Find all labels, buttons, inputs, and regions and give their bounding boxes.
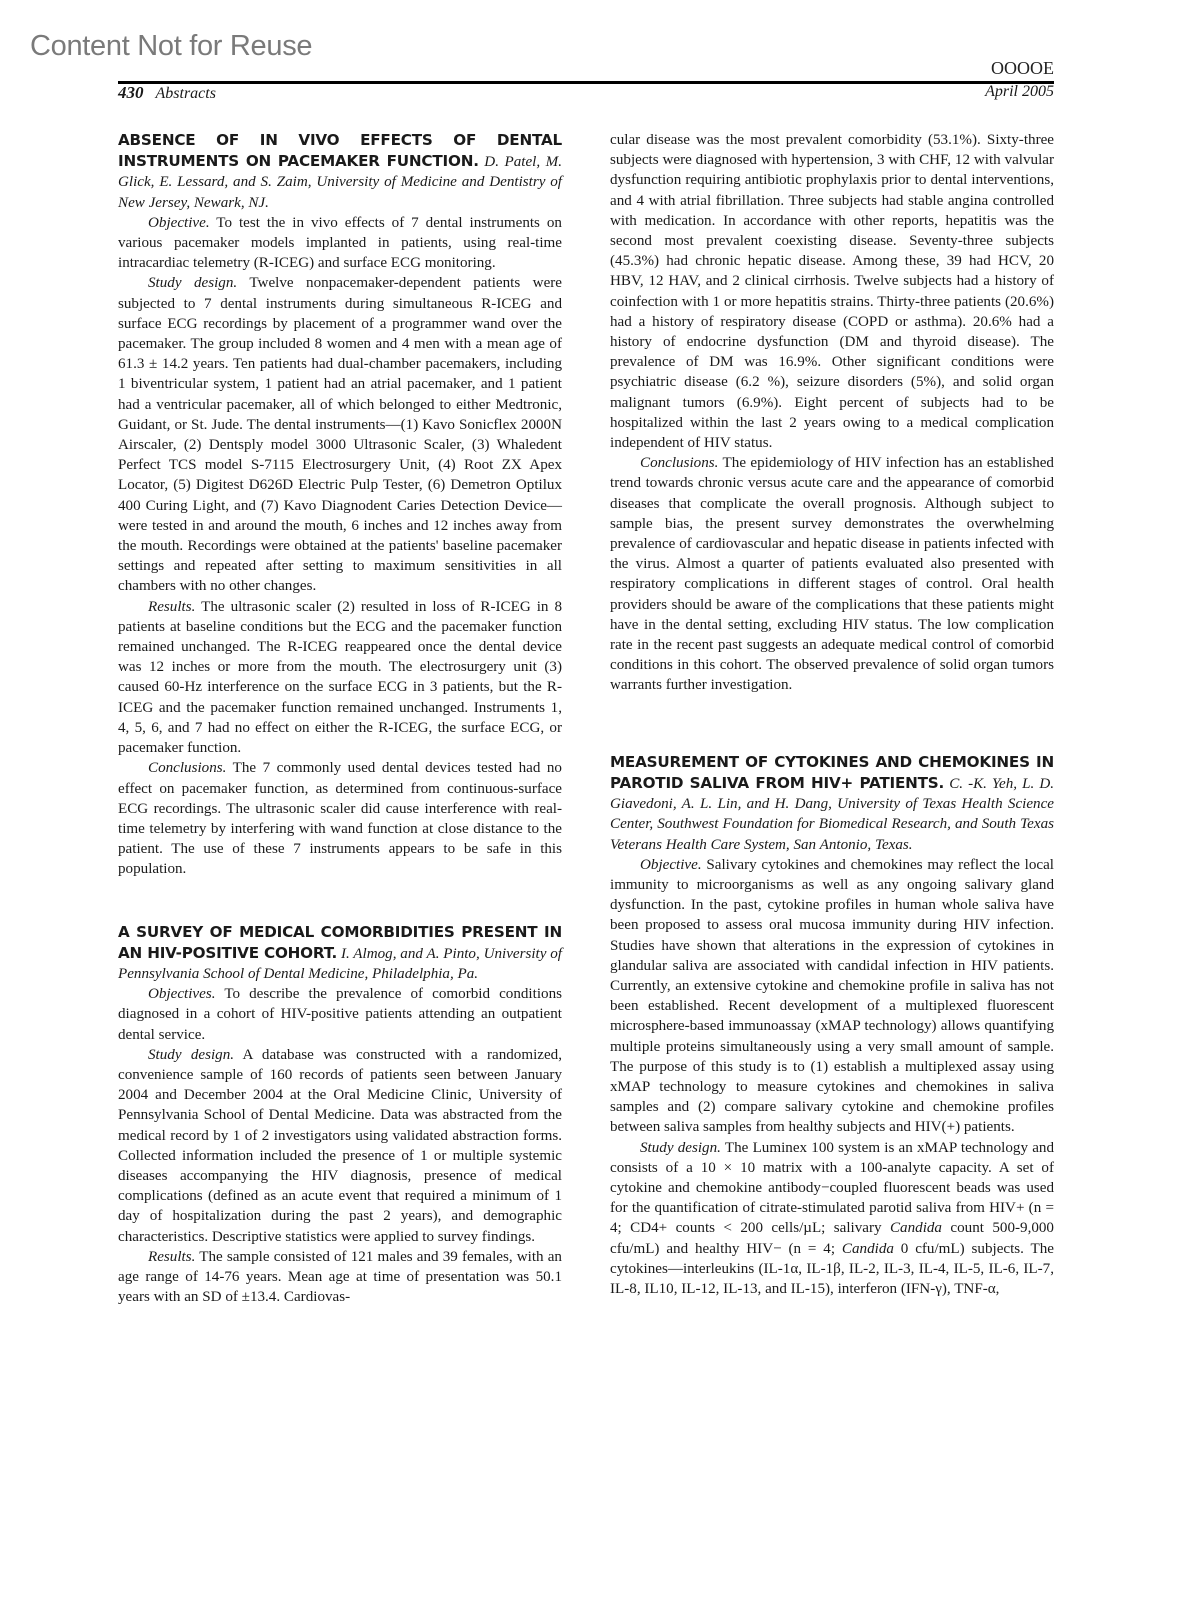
abstract-section: Results. The ultrasonic scaler (2) resul…	[118, 597, 562, 759]
left-column: ABSENCE OF IN VIVO EFFECTS OF DENTAL INS…	[118, 130, 562, 1307]
abstract-section: Results. The sample consisted of 121 mal…	[118, 1247, 562, 1308]
abstract-cytokines: MEASUREMENT OF CYTOKINES AND CHEMOKINES …	[610, 752, 1054, 1299]
abstract-section: Conclusions. The 7 commonly used dental …	[118, 758, 562, 879]
abstract-hiv-comorbidities: A SURVEY OF MEDICAL COMORBIDITIES PRESEN…	[118, 922, 562, 1308]
issue-date: April 2005	[985, 83, 1054, 103]
abstract-section: Study design. A database was constructed…	[118, 1045, 562, 1247]
running-head-left: 430Abstracts	[118, 83, 216, 103]
abstract-section: Objectives. To describe the prevalence o…	[118, 984, 562, 1045]
right-column: cular disease was the most prevalent com…	[610, 130, 1054, 1299]
abstract-section: Conclusions. The epidemiology of HIV inf…	[610, 453, 1054, 695]
abstract-section: Objective. Salivary cytokines and chemok…	[610, 855, 1054, 1138]
abstract-section-continued: cular disease was the most prevalent com…	[610, 130, 1054, 453]
abstract-pacemaker: ABSENCE OF IN VIVO EFFECTS OF DENTAL INS…	[118, 130, 562, 880]
abstract-section: Study design. The Luminex 100 system is …	[610, 1138, 1054, 1300]
abstract-section: Study design. Twelve nonpacemaker-depend…	[118, 273, 562, 596]
page-number: 430	[118, 83, 144, 102]
abstract-section: Objective. To test the in vivo effects o…	[118, 213, 562, 274]
journal-code: OOOOE	[991, 58, 1054, 79]
running-head: 430Abstracts April 2005	[118, 83, 1054, 103]
section-name: Abstracts	[156, 85, 216, 102]
abstract-hiv-comorbidities-continued: cular disease was the most prevalent com…	[610, 130, 1054, 696]
watermark: Content Not for Reuse	[30, 30, 312, 63]
